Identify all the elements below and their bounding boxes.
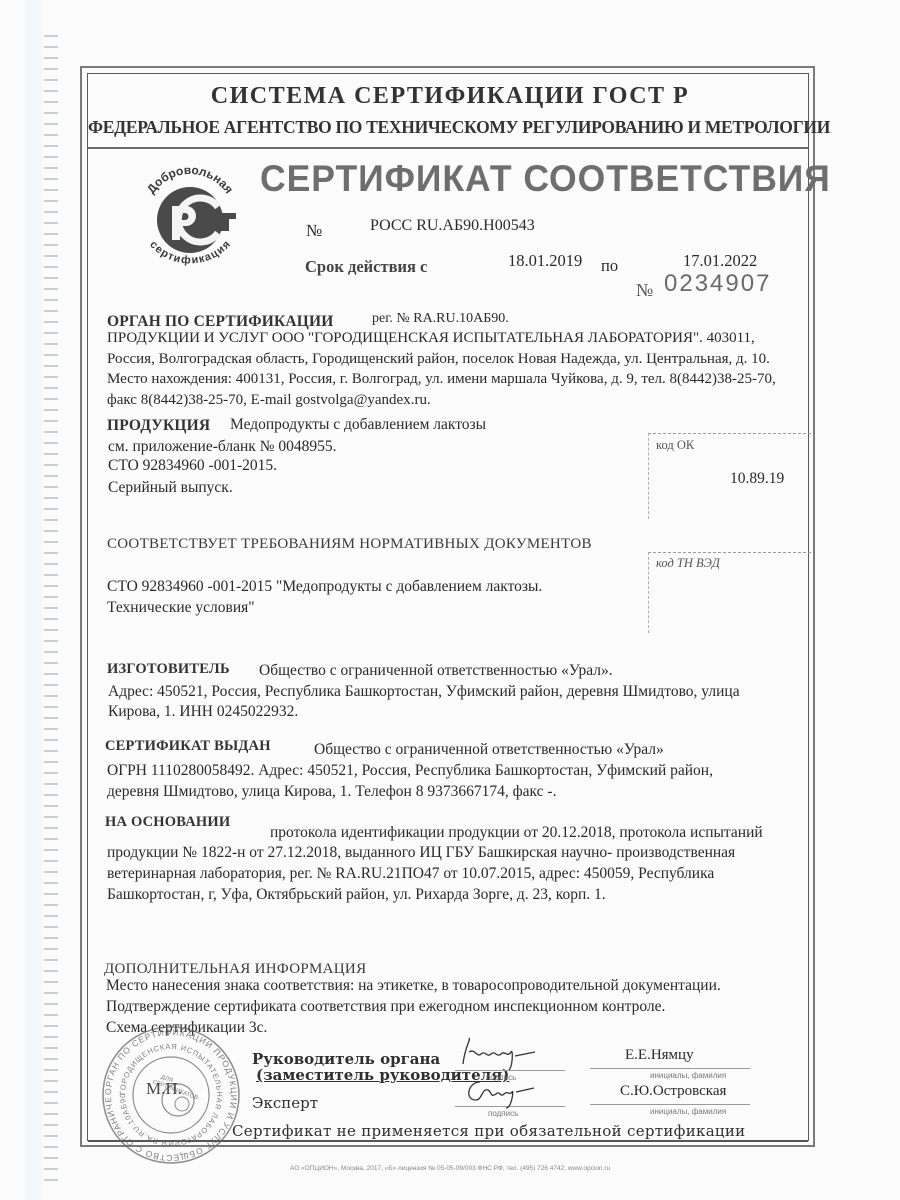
margin-tick xyxy=(44,354,58,356)
text-line: Кирова, 1. ИНН 0245022932. xyxy=(108,703,298,721)
margin-tick xyxy=(44,1091,58,1093)
disclaimer: Сертификат не применяется при обязательн… xyxy=(232,1122,745,1140)
head-name-caption: инициалы, фамилия xyxy=(650,1071,726,1080)
text-line: см. приложение-бланк № 0048955. xyxy=(108,438,337,456)
margin-tick xyxy=(44,123,58,125)
margin-tick xyxy=(44,750,58,752)
validity-label: Срок действия с xyxy=(305,257,427,277)
margin-tick xyxy=(44,717,58,719)
ok-code-label: код ОК xyxy=(656,438,694,453)
margin-tick xyxy=(44,497,58,499)
margin-tick xyxy=(44,596,58,598)
margin-tick xyxy=(44,1168,58,1170)
certification-body-label: ОРГАН ПО СЕРТИФИКАЦИИ xyxy=(107,313,334,331)
margin-tick xyxy=(44,827,58,829)
issued-to-label: СЕРТИФИКАТ ВЫДАН xyxy=(105,738,271,755)
margin-tick xyxy=(44,772,58,774)
margin-tick xyxy=(44,387,58,389)
valid-from: 18.01.2019 xyxy=(508,251,582,271)
margin-tick xyxy=(44,299,58,301)
margin-tick xyxy=(44,145,58,147)
text-line: Россия, Волгоградская область, Городищен… xyxy=(107,351,770,368)
text-line: Технические условия" xyxy=(107,599,255,617)
margin-tick xyxy=(44,970,58,972)
text-line: Башкортостан, г, Уфа, Октябрьский район,… xyxy=(107,886,606,904)
margin-tick xyxy=(44,464,58,466)
expert-signature-icon xyxy=(458,1074,548,1110)
margin-tick xyxy=(44,541,58,543)
text-line: Место нанесения знака соответствия: на э… xyxy=(106,977,721,995)
certificate-number: РОСС RU.АБ90.Н00543 xyxy=(370,217,535,235)
margin-tick xyxy=(44,783,58,785)
blank-number: 0234907 xyxy=(664,270,771,298)
margin-tick xyxy=(44,1146,58,1148)
margin-tick xyxy=(44,57,58,59)
agency-title: ФЕДЕРАЛЬНОЕ АГЕНТСТВО ПО ТЕХНИЧЕСКОМУ РЕ… xyxy=(88,117,808,138)
text-line: ПРОДУКЦИИ И УСЛУГ ООО "ГОРОДИЩЕНСКАЯ ИСП… xyxy=(107,330,755,347)
document-title: СЕРТИФИКАТ СООТВЕТСТВИЯ xyxy=(260,158,831,200)
margin-tick xyxy=(44,739,58,741)
margin-tick xyxy=(44,651,58,653)
print-info: АО «ОПЦИОН», Москва, 2017, «Б» лицензия … xyxy=(290,1165,610,1172)
margin-tick xyxy=(44,211,58,213)
margin-tick xyxy=(44,1179,58,1181)
text-line: ОГРН 1110280058492. Адрес: 450521, Росси… xyxy=(107,762,713,780)
text-line: ветеринарная лаборатория, рег. № RA.RU.2… xyxy=(107,865,714,883)
margin-tick xyxy=(44,640,58,642)
margin-tick xyxy=(44,838,58,840)
margin-tick xyxy=(44,904,58,906)
margin-tick xyxy=(44,882,58,884)
margin-tick xyxy=(44,585,58,587)
margin-tick xyxy=(44,695,58,697)
head-name-line xyxy=(590,1068,750,1069)
margin-tick xyxy=(44,233,58,235)
margin-tick xyxy=(44,453,58,455)
margin-tick xyxy=(44,937,58,939)
margin-tick xyxy=(44,794,58,796)
basis-first-line: протокола идентификации продукции от 20.… xyxy=(270,824,763,842)
margin-tick xyxy=(44,860,58,862)
margin-tick xyxy=(44,1135,58,1137)
text-line: СТО 92834960 -001-2015 "Медопродукты с д… xyxy=(107,578,542,596)
tnved-code-label: код ТН ВЭД xyxy=(656,556,720,571)
margin-tick xyxy=(44,992,58,994)
margin-tick xyxy=(44,420,58,422)
number-sign: № xyxy=(306,221,322,241)
to-label: по xyxy=(601,256,618,276)
margin-tick xyxy=(44,805,58,807)
margin-tick xyxy=(44,288,58,290)
margin-tick xyxy=(44,1003,58,1005)
margin-tick xyxy=(44,981,58,983)
valid-to: 17.01.2022 xyxy=(683,251,757,271)
margin-tick xyxy=(44,68,58,70)
issued-to-name: Общество с ограниченной ответственностью… xyxy=(314,741,664,759)
margin-tick xyxy=(44,959,58,961)
margin-tick xyxy=(44,1014,58,1016)
margin-tick xyxy=(44,442,58,444)
head-signature-icon xyxy=(455,1036,545,1072)
margin-tick xyxy=(44,178,58,180)
margin-tick xyxy=(44,684,58,686)
margin-tick xyxy=(44,926,58,928)
expert-name: С.Ю.Островская xyxy=(620,1083,726,1100)
margin-tick xyxy=(44,563,58,565)
text-line: СТО 92834960 -001-2015. xyxy=(108,457,277,475)
margin-tick xyxy=(44,761,58,763)
margin-tick xyxy=(44,1080,58,1082)
text-line: деревня Шмидтово, улица Кирова, 1. Телеф… xyxy=(107,783,556,801)
margin-tick xyxy=(44,376,58,378)
margin-tick xyxy=(44,200,58,202)
expert-label: Эксперт xyxy=(252,1094,318,1112)
manufacturer-label: ИЗГОТОВИТЕЛЬ xyxy=(107,661,230,678)
margin-tick xyxy=(44,871,58,873)
margin-tick xyxy=(44,1113,58,1115)
margin-tick xyxy=(44,728,58,730)
margin-tick xyxy=(44,508,58,510)
margin-tick xyxy=(44,915,58,917)
margin-tick xyxy=(44,112,58,114)
margin-tick xyxy=(44,607,58,609)
margin-tick xyxy=(44,255,58,257)
expert-name-caption: инициалы, фамилия xyxy=(650,1107,726,1116)
margin-tick xyxy=(44,552,58,554)
margin-tick xyxy=(44,1036,58,1038)
margin-tick xyxy=(44,222,58,224)
header-divider xyxy=(88,147,808,149)
additional-info-label: ДОПОЛНИТЕЛЬНАЯ ИНФОРМАЦИЯ xyxy=(104,961,366,978)
margin-tick xyxy=(44,244,58,246)
margin-tick xyxy=(44,1047,58,1049)
margin-tick xyxy=(44,574,58,576)
margin-tick xyxy=(44,79,58,81)
text-line: Место нахождения: 400131, Россия, г. Вол… xyxy=(107,371,776,388)
expert-signature-caption: подпись xyxy=(488,1109,518,1118)
margin-tick xyxy=(44,618,58,620)
margin-tick xyxy=(44,134,58,136)
head-name: Е.Е.Нямцу xyxy=(625,1047,694,1064)
stamp-place-label: М.П. xyxy=(146,1079,182,1099)
product-name: Медопродукты с добавлением лактозы xyxy=(230,416,486,434)
compliance-label: СООТВЕТСТВУЕТ ТРЕБОВАНИЯМ НОРМАТИВНЫХ ДО… xyxy=(107,536,592,553)
text-line: факс 8(8442)38-25-70, E-mail gostvolga@y… xyxy=(107,392,431,409)
margin-tick xyxy=(44,398,58,400)
margin-tick xyxy=(44,893,58,895)
ok-code-value: 10.89.19 xyxy=(730,470,784,488)
system-title: СИСТЕМА СЕРТИФИКАЦИИ ГОСТ Р xyxy=(0,83,900,110)
margin-tick xyxy=(44,1058,58,1060)
margin-tick xyxy=(44,310,58,312)
blank-number-sign: № xyxy=(636,280,653,301)
margin-tick xyxy=(44,816,58,818)
margin-tick xyxy=(44,1157,58,1159)
text-line: Адрес: 450521, Россия, Республика Башкор… xyxy=(108,683,740,701)
margin-tick xyxy=(44,409,58,411)
margin-tick xyxy=(44,662,58,664)
margin-tick xyxy=(44,948,58,950)
expert-name-line xyxy=(590,1104,750,1105)
margin-tick xyxy=(44,332,58,334)
margin-tick xyxy=(44,266,58,268)
margin-tick xyxy=(44,321,58,323)
certification-body-reg: рег. № RA.RU.10АБ90. xyxy=(372,311,509,327)
footer-rule xyxy=(88,1140,808,1142)
margin-tick xyxy=(44,629,58,631)
text-line: Серийный выпуск. xyxy=(108,479,233,497)
margin-tick xyxy=(44,849,58,851)
margin-tick xyxy=(44,486,58,488)
product-label: ПРОДУКЦИЯ xyxy=(107,417,210,435)
margin-tick xyxy=(44,167,58,169)
margin-tick xyxy=(44,1124,58,1126)
margin-tick xyxy=(44,35,58,37)
margin-tick xyxy=(44,1069,58,1071)
margin-tick xyxy=(44,519,58,521)
basis-label: НА ОСНОВАНИИ xyxy=(105,814,230,831)
manufacturer-name: Общество с ограниченной ответственностью… xyxy=(259,662,613,680)
margin-tick xyxy=(44,343,58,345)
margin-tick xyxy=(44,431,58,433)
margin-tick xyxy=(44,277,58,279)
text-line: Подтверждение сертификата соответствия п… xyxy=(106,998,665,1016)
margin-tick xyxy=(44,1102,58,1104)
margin-tick xyxy=(44,156,58,158)
rst-voluntary-certification-logo-icon: Добровольная сертификация xyxy=(132,162,248,266)
margin-tick xyxy=(44,189,58,191)
margin-tick xyxy=(44,530,58,532)
margin-tick xyxy=(44,1025,58,1027)
text-line: продукции № 1822-н от 27.12.2018, выданн… xyxy=(107,844,735,862)
margin-tick xyxy=(44,365,58,367)
margin-tick xyxy=(44,706,58,708)
margin-tick xyxy=(44,475,58,477)
margin-tick xyxy=(44,46,58,48)
scan-margin-strip xyxy=(26,0,42,1200)
margin-tick xyxy=(44,673,58,675)
